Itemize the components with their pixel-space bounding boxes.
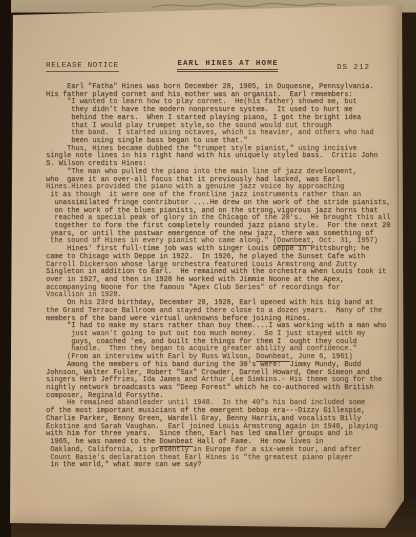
document-line: Thus, Hines became dubbed the "trumpet s…: [46, 146, 402, 154]
document-line: "The man who pulled the piano into the m…: [46, 169, 402, 177]
catalog-number: DS 212: [337, 64, 370, 72]
document-line: the sound of Hines in every pianist who …: [46, 238, 402, 246]
page-header: RELEASE NOTICE EARL HINES AT HOME DS 212: [46, 60, 370, 72]
document-line: just wasn't going to put out too much mo…: [46, 331, 402, 339]
document-line: Carroll Dickerson whose large orchestra …: [46, 262, 402, 270]
document-body: Earl "Fatha" Hines was born December 28,…: [46, 84, 402, 470]
document-line: Eckstine and Sarah Vaughan. Earl joined …: [46, 424, 402, 432]
typewritten-page: RELEASE NOTICE EARL HINES AT HOME DS 212…: [8, 2, 406, 530]
document-line: Count Basie's declaration theat Earl Hin…: [46, 455, 402, 463]
document-line: it as though it were one of the frontlin…: [46, 192, 402, 200]
document-line: Vocallion in 1928.: [46, 292, 402, 300]
document-line: singers Herb Jeffries, Ida James and Art…: [46, 377, 402, 385]
document-line: the Grand Terrace Ballroom and stayed th…: [46, 308, 402, 316]
document-line: "I wanted to learn how to play cornet. H…: [46, 99, 402, 107]
document-line: the band. I started using octaves, which…: [46, 130, 402, 138]
document-line: (From an interview with Earl by Russ Wil…: [46, 354, 402, 362]
backdrop-left-edge: [0, 0, 11, 537]
document-line: reached a special peak of glory in the C…: [46, 215, 402, 223]
page-title: EARL HINES AT HOME: [177, 60, 278, 72]
release-notice-label: RELEASE NOTICE: [46, 62, 119, 72]
document-line: in the world," what more can we say?: [46, 462, 402, 470]
photo-backdrop: RELEASE NOTICE EARL HINES AT HOME DS 212…: [0, 0, 416, 537]
document-line: He remained abandleader until 1948. In t…: [46, 400, 402, 408]
